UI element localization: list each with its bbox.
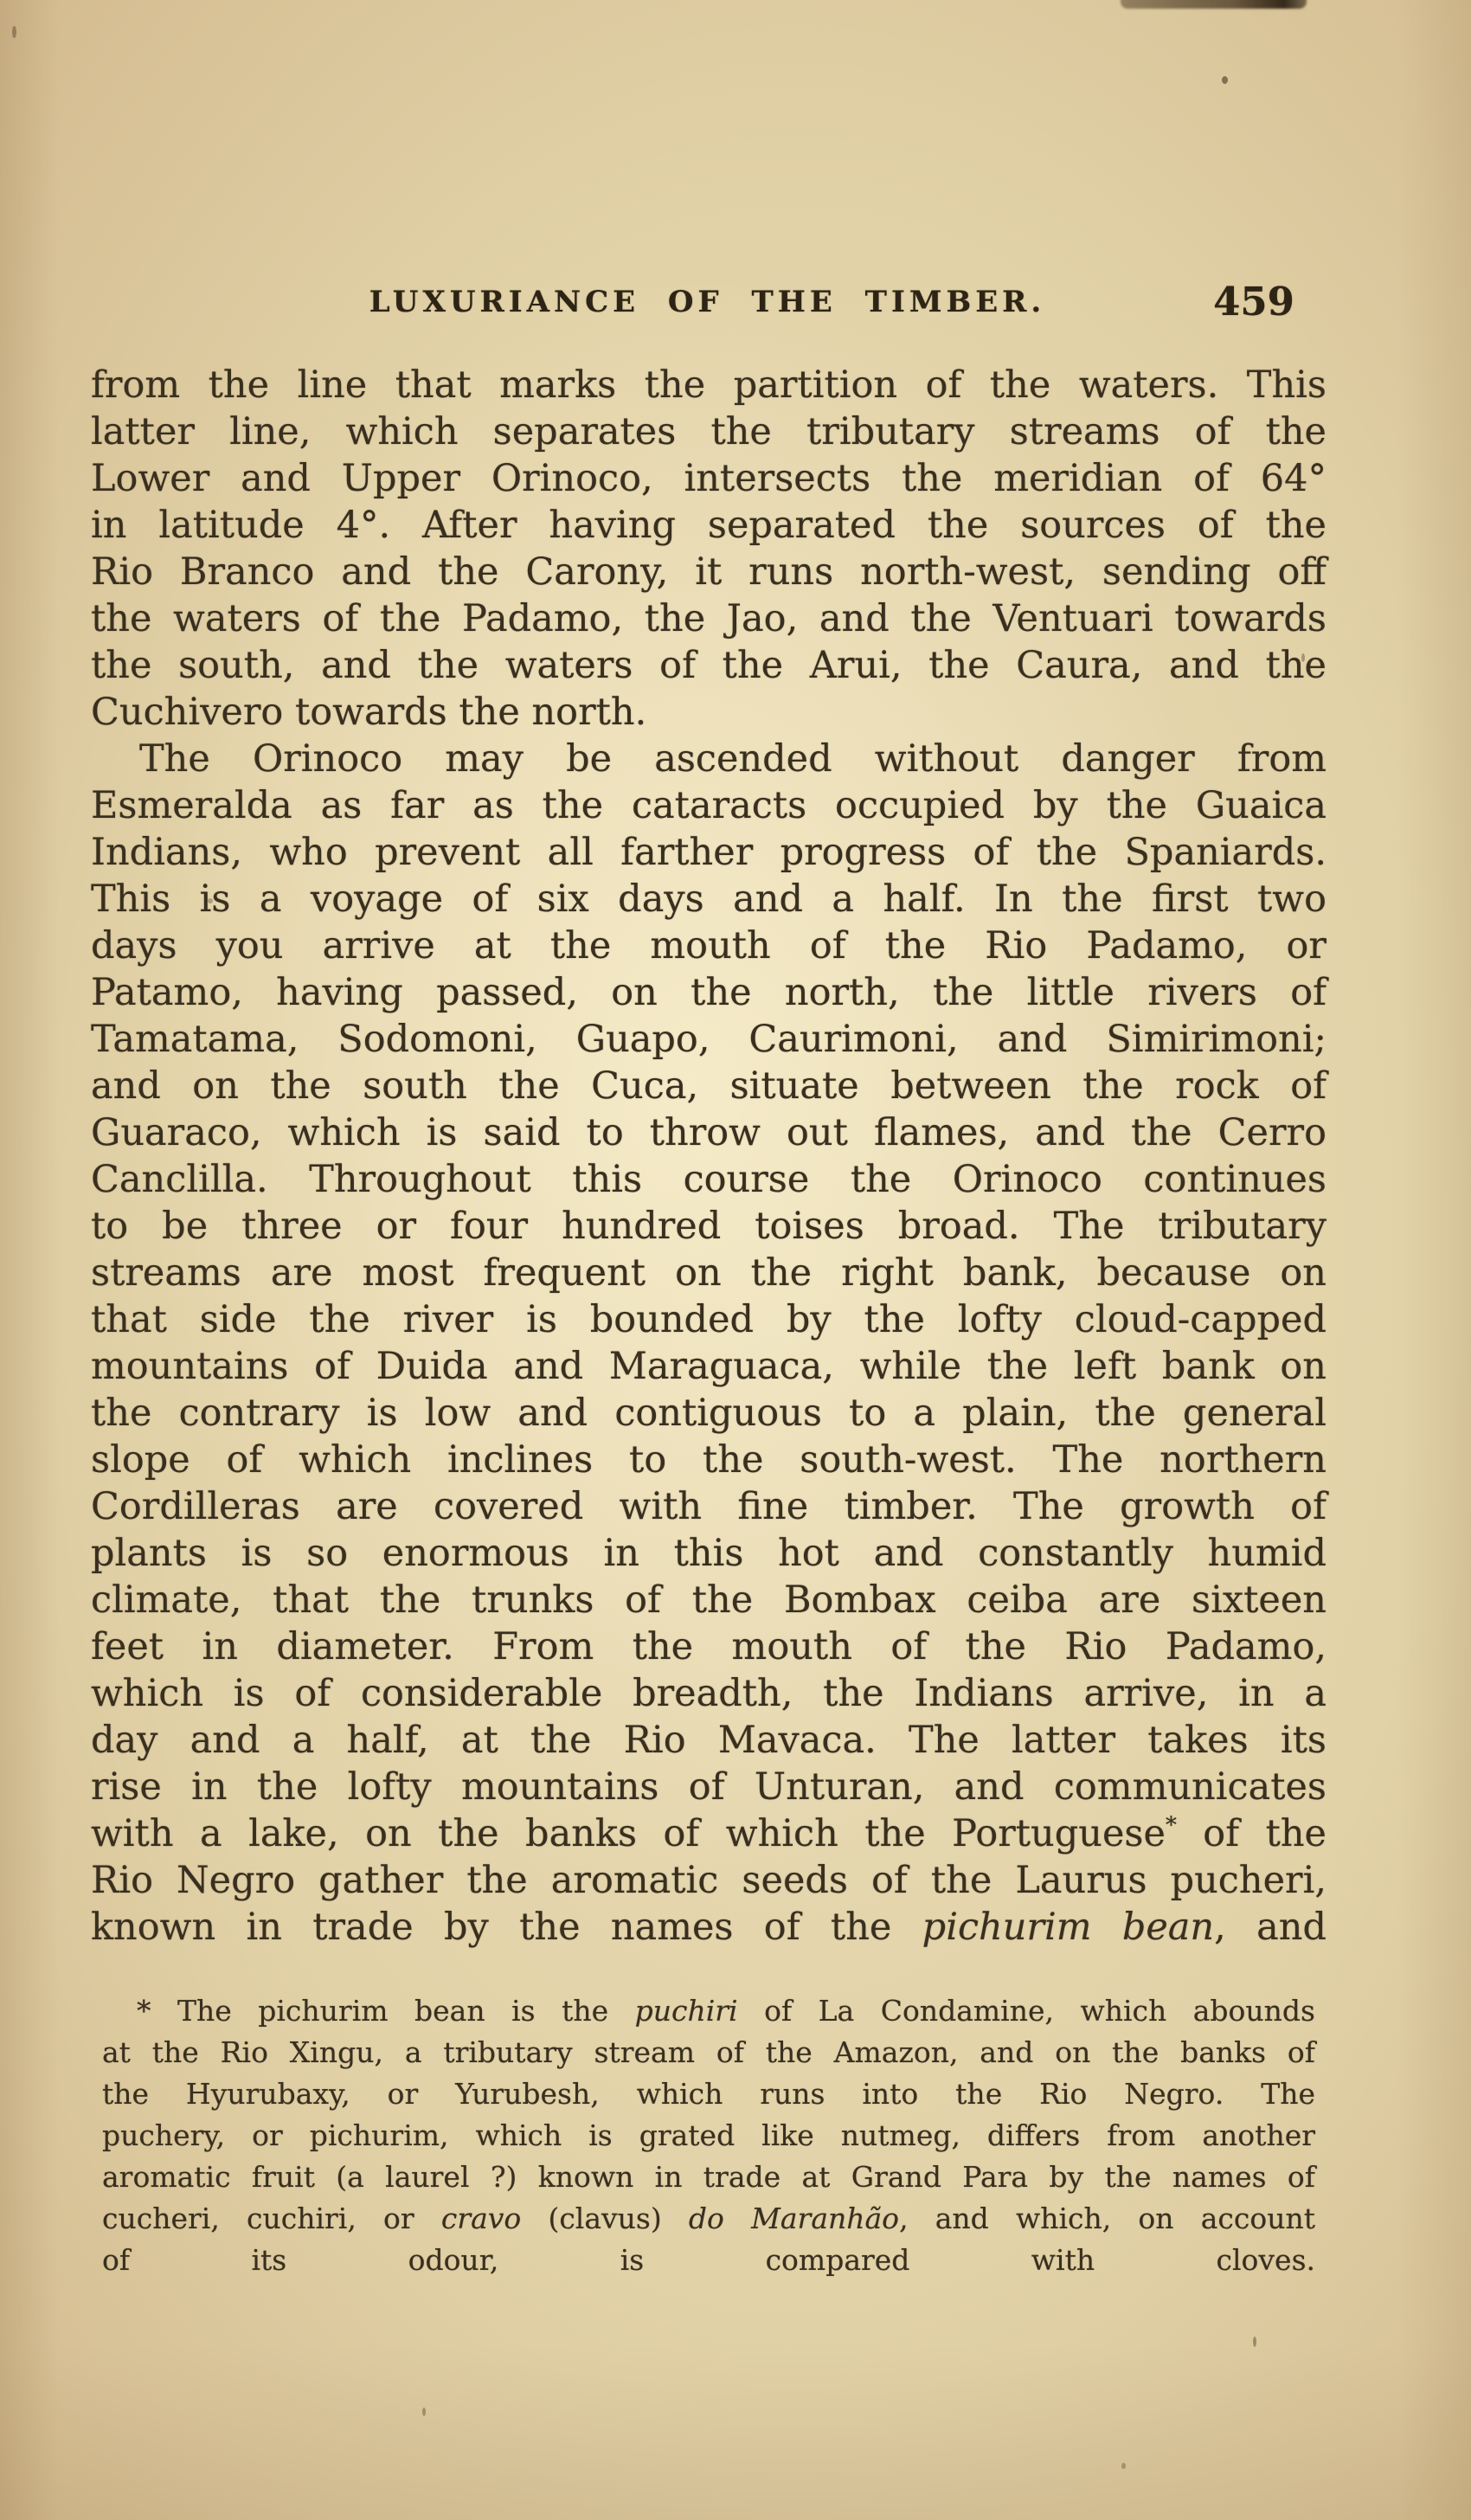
text-run: the Hyurubaxy, or Yurubesh, which runs i…	[102, 2077, 1315, 2111]
italic-text-run: puchiri	[635, 1994, 738, 2028]
text-run: latter line, which separates the tributa…	[91, 410, 1326, 453]
text-line: Patamo, having passed, on the north, the…	[91, 969, 1326, 1016]
text-line: at the Rio Xingu, a tributary stream of …	[102, 2032, 1315, 2073]
text-run: This is a voyage of six days and a half.…	[91, 877, 1326, 921]
text-line: Rio Branco and the Carony, it runs north…	[91, 549, 1326, 595]
text-line: that side the river is bounded by the lo…	[91, 1296, 1326, 1343]
italic-text-run: do Maranhão	[689, 2202, 899, 2235]
text-run: Rio Branco and the Carony, it runs north…	[91, 550, 1326, 594]
text-run: in latitude 4°. After having separated t…	[91, 504, 1326, 547]
text-run: the south, and the waters of the Arui, t…	[91, 644, 1326, 687]
book-page-scan: LUXURIANCE OF THE TIMBER. 459 from the l…	[0, 0, 1471, 2520]
text-run: at the Rio Xingu, a tributary stream of …	[102, 2035, 1315, 2069]
text-run: cucheri, cuchiri, or	[102, 2202, 441, 2235]
text-run: to be three or four hundred toises broad…	[91, 1205, 1326, 1248]
text-line: the Hyurubaxy, or Yurubesh, which runs i…	[102, 2073, 1315, 2115]
text-run: Cordilleras are covered with fine timber…	[91, 1485, 1326, 1528]
running-title: LUXURIANCE OF THE TIMBER.	[369, 277, 1046, 327]
text-line: from the line that marks the partition o…	[91, 362, 1326, 408]
text-line: climate, that the trunks of the Bombax c…	[91, 1577, 1326, 1623]
text-line: of its odour, is compared with cloves.	[102, 2240, 1315, 2281]
text-line: latter line, which separates the tributa…	[91, 408, 1326, 455]
text-line: Tamatama, Sodomoni, Guapo, Caurimoni, an…	[91, 1016, 1326, 1063]
text-run: Canclilla. Throughout this course the Or…	[91, 1158, 1326, 1201]
text-run: streams are most frequent on the right b…	[91, 1251, 1326, 1295]
text-run: the waters of the Padamo, the Jao, and t…	[91, 597, 1326, 640]
text-line: This is a voyage of six days and a half.…	[91, 876, 1326, 922]
text-line: Canclilla. Throughout this course the Or…	[91, 1156, 1326, 1203]
body-text: from the line that marks the partition o…	[91, 362, 1326, 1951]
page-header: LUXURIANCE OF THE TIMBER. 459	[91, 277, 1324, 327]
text-run: * The pichurim bean is the	[137, 1994, 635, 2028]
text-run: plants is so enormous in this hot and co…	[91, 1532, 1326, 1575]
text-run: of the	[1177, 1812, 1326, 1855]
footnote-marker: *	[1166, 1813, 1177, 1839]
text-line: the waters of the Padamo, the Jao, and t…	[91, 595, 1326, 642]
text-run: with a lake, on the banks of which the P…	[91, 1812, 1166, 1855]
text-line: the south, and the waters of the Arui, t…	[91, 642, 1326, 689]
text-line: day and a half, at the Rio Mavaca. The l…	[91, 1717, 1326, 1764]
text-run: The Orinoco may be ascended without dang…	[139, 737, 1326, 781]
footnote: * The pichurim bean is the puchiri of La…	[102, 1990, 1315, 2281]
text-line: Indians, who prevent all farther progres…	[91, 829, 1326, 876]
text-run: and on the south the Cuca, situate betwe…	[91, 1064, 1326, 1108]
text-run: (clavus)	[521, 2202, 689, 2235]
text-run: Patamo, having passed, on the north, the…	[91, 971, 1326, 1014]
text-line: rise in the lofty mountains of Unturan, …	[91, 1764, 1326, 1810]
text-line: The Orinoco may be ascended without dang…	[91, 736, 1326, 782]
text-run: feet in diameter. From the mouth of the …	[91, 1625, 1326, 1668]
paper-speck	[422, 2407, 426, 2416]
text-run: Tamatama, Sodomoni, Guapo, Caurimoni, an…	[91, 1018, 1326, 1061]
text-run: day and a half, at the Rio Mavaca. The l…	[91, 1719, 1326, 1762]
text-run: that side the river is bounded by the lo…	[91, 1298, 1326, 1341]
text-line: * The pichurim bean is the puchiri of La…	[102, 1990, 1315, 2032]
text-line: aromatic fruit (a laurel ?) known in tra…	[102, 2157, 1315, 2198]
text-run: Indians, who prevent all farther progres…	[91, 831, 1326, 874]
text-line: to be three or four hundred toises broad…	[91, 1203, 1326, 1250]
text-run: known in trade by the names of the	[91, 1906, 922, 1949]
text-run: Rio Negro gather the aromatic seeds of t…	[91, 1859, 1326, 1902]
text-line: Guaraco, which is said to throw out flam…	[91, 1109, 1326, 1156]
text-line: and on the south the Cuca, situate betwe…	[91, 1063, 1326, 1109]
text-line: in latitude 4°. After having separated t…	[91, 502, 1326, 549]
text-run: Lower and Upper Orinoco, intersects the …	[91, 457, 1326, 500]
paper-speck	[1253, 2337, 1256, 2347]
text-line: mountains of Duida and Maraguaca, while …	[91, 1343, 1326, 1390]
text-run: days you arrive at the mouth of the Rio …	[91, 924, 1326, 967]
paper-speck	[1222, 76, 1228, 84]
text-line: feet in diameter. From the mouth of the …	[91, 1623, 1326, 1670]
paper-speck	[1121, 2463, 1126, 2469]
text-line: days you arrive at the mouth of the Rio …	[91, 922, 1326, 969]
text-line: Rio Negro gather the aromatic seeds of t…	[91, 1857, 1326, 1904]
text-line: with a lake, on the banks of which the P…	[91, 1810, 1326, 1857]
text-line: cucheri, cuchiri, or cravo (clavus) do M…	[102, 2198, 1315, 2240]
text-line: slope of which inclines to the south-wes…	[91, 1437, 1326, 1483]
text-line: Lower and Upper Orinoco, intersects the …	[91, 455, 1326, 502]
text-run: Cuchivero towards the north.	[91, 691, 646, 734]
text-run: , and which, on account	[899, 2202, 1315, 2235]
paper-speck	[12, 26, 16, 38]
page-number: 459	[1213, 277, 1294, 327]
text-run: climate, that the trunks of the Bombax c…	[91, 1578, 1326, 1622]
text-run: , and	[1214, 1906, 1326, 1949]
text-run: which is of considerable breadth, the In…	[91, 1672, 1326, 1715]
text-line: puchery, or pichurim, which is grated li…	[102, 2115, 1315, 2157]
text-run: puchery, or pichurim, which is grated li…	[102, 2118, 1315, 2152]
text-run: slope of which inclines to the south-wes…	[91, 1438, 1326, 1482]
text-run: from the line that marks the partition o…	[91, 363, 1326, 407]
text-line: Cordilleras are covered with fine timber…	[91, 1483, 1326, 1530]
text-line: Cuchivero towards the north.	[91, 689, 1326, 736]
text-run: Esmeralda as far as the cataracts occupi…	[91, 784, 1326, 827]
text-run: of its odour, is compared with cloves.	[102, 2243, 1315, 2277]
italic-text-run: pichurim bean	[922, 1906, 1214, 1949]
text-run: Guaraco, which is said to throw out flam…	[91, 1111, 1326, 1154]
text-run: rise in the lofty mountains of Unturan, …	[91, 1765, 1326, 1809]
text-line: streams are most frequent on the right b…	[91, 1250, 1326, 1296]
text-line: known in trade by the names of the pichu…	[91, 1904, 1326, 1951]
text-run: the contrary is low and contiguous to a …	[91, 1392, 1326, 1435]
text-run: mountains of Duida and Maraguaca, while …	[91, 1345, 1326, 1388]
italic-text-run: cravo	[441, 2202, 521, 2235]
text-line: the contrary is low and contiguous to a …	[91, 1390, 1326, 1437]
text-line: which is of considerable breadth, the In…	[91, 1670, 1326, 1717]
scan-smudge	[1121, 0, 1307, 9]
text-run: of La Condamine, which abounds	[738, 1994, 1315, 2028]
text-line: Esmeralda as far as the cataracts occupi…	[91, 782, 1326, 829]
text-run: aromatic fruit (a laurel ?) known in tra…	[102, 2160, 1315, 2194]
text-line: plants is so enormous in this hot and co…	[91, 1530, 1326, 1577]
